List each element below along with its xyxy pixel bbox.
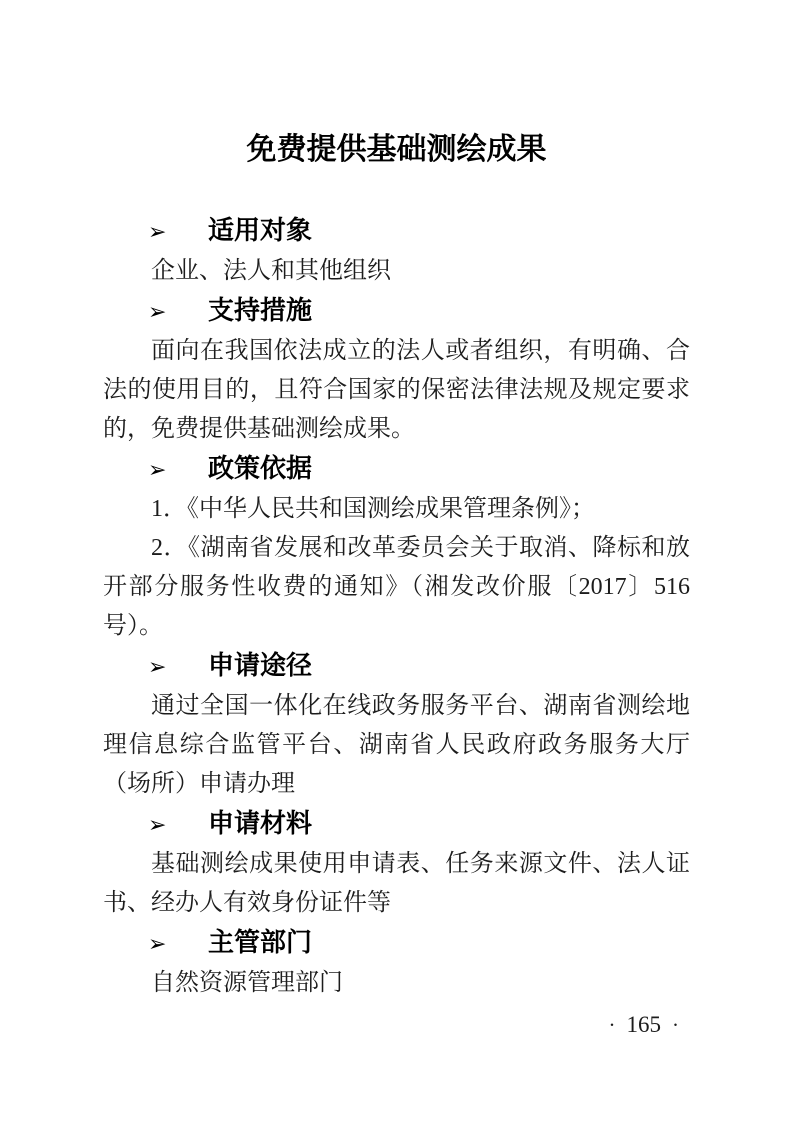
section-heading: ➢适用对象 (103, 211, 690, 252)
page-number-right-dot: · (672, 1013, 679, 1038)
section-heading: ➢申请材料 (103, 804, 690, 845)
page-title: 免费提供基础测绘成果 (0, 124, 793, 168)
section-heading: ➢主管部门 (103, 923, 690, 964)
section-heading-label: 适用对象 (208, 215, 312, 245)
paragraph: 基础测绘成果使用申请表、任务来源文件、法人证书、经办人有效身份证件等 (103, 845, 690, 923)
page-number: ·165· (598, 1012, 691, 1038)
arrow-bullet-icon: ➢ (148, 925, 208, 964)
section-heading-label: 政策依据 (208, 453, 312, 483)
page-number-left-dot: · (609, 1013, 616, 1038)
section-heading: ➢支持措施 (103, 291, 690, 332)
document-page: 免费提供基础测绘成果 ➢适用对象 企业、法人和其他组织 ➢支持措施 面向在我国依… (0, 0, 793, 1122)
arrow-bullet-icon: ➢ (148, 213, 208, 252)
section-heading: ➢申请途径 (103, 646, 690, 687)
paragraph: 2．《湖南省发展和改革委员会关于取消、降标和放开部分服务性收费的通知》（湘发改价… (103, 529, 690, 646)
section-heading-label: 申请材料 (208, 808, 312, 838)
section-heading-label: 支持措施 (208, 295, 312, 325)
arrow-bullet-icon: ➢ (148, 648, 208, 687)
paragraph: 企业、法人和其他组织 (103, 252, 690, 291)
paragraph: 通过全国一体化在线政务服务平台、湖南省测绘地理信息综合监管平台、湖南省人民政府政… (103, 687, 690, 804)
arrow-bullet-icon: ➢ (148, 451, 208, 490)
document-body: ➢适用对象 企业、法人和其他组织 ➢支持措施 面向在我国依法成立的法人或者组织，… (103, 211, 690, 1003)
page-number-value: 165 (627, 1012, 662, 1037)
section-heading-label: 主管部门 (208, 927, 312, 957)
arrow-bullet-icon: ➢ (148, 293, 208, 332)
paragraph: 面向在我国依法成立的法人或者组织，有明确、合法的使用目的，且符合国家的保密法律法… (103, 332, 690, 449)
section-heading-label: 申请途径 (208, 650, 312, 680)
paragraph: 自然资源管理部门 (103, 964, 690, 1003)
arrow-bullet-icon: ➢ (148, 806, 208, 845)
paragraph: 1．《中华人民共和国测绘成果管理条例》； (103, 490, 690, 529)
section-heading: ➢政策依据 (103, 449, 690, 490)
